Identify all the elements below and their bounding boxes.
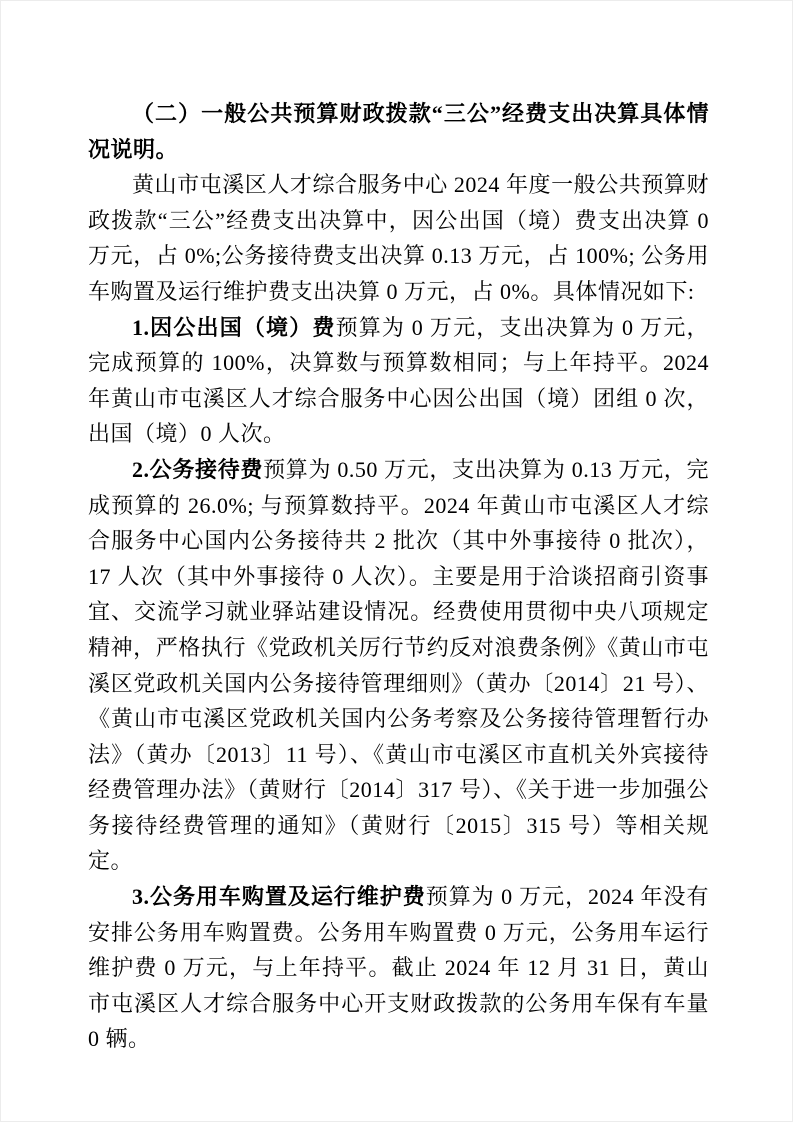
paragraph-item-3: 3.公务用车购置及运行维护费预算为 0 万元，2024 年没有安排公务用车购置费… — [88, 879, 709, 1057]
item-3-text: 预算为 0 万元，2024 年没有安排公务用车购置费。公务用车购置费 0 万元，… — [88, 884, 709, 1051]
section-heading-text: （二）一般公共预算财政拨款“三公”经费支出决算具体情况说明。 — [88, 101, 709, 162]
paragraph-summary: 黄山市屯溪区人才综合服务中心 2024 年度一般公共预算财政拨款“三公”经费支出… — [88, 167, 709, 309]
section-heading: （二）一般公共预算财政拨款“三公”经费支出决算具体情况说明。 — [88, 96, 709, 167]
paragraph-summary-text: 黄山市屯溪区人才综合服务中心 2024 年度一般公共预算财政拨款“三公”经费支出… — [88, 172, 709, 304]
item-1-lead: 1.因公出国（境）费 — [132, 315, 336, 340]
paragraph-item-1: 1.因公出国（境）费预算为 0 万元，支出决算为 0 万元，完成预算的 100%… — [88, 310, 709, 452]
document-page: （二）一般公共预算财政拨款“三公”经费支出决算具体情况说明。 黄山市屯溪区人才综… — [0, 0, 793, 1122]
item-3-lead: 3.公务用车购置及运行维护费 — [132, 884, 426, 909]
paragraph-item-2: 2.公务接待费预算为 0.50 万元，支出决算为 0.13 万元，完成预算的 2… — [88, 452, 709, 879]
item-2-lead: 2.公务接待费 — [132, 457, 263, 482]
item-2-text: 预算为 0.50 万元，支出决算为 0.13 万元，完成预算的 26.0%; 与… — [88, 457, 709, 874]
document-content: （二）一般公共预算财政拨款“三公”经费支出决算具体情况说明。 黄山市屯溪区人才综… — [88, 96, 709, 1057]
